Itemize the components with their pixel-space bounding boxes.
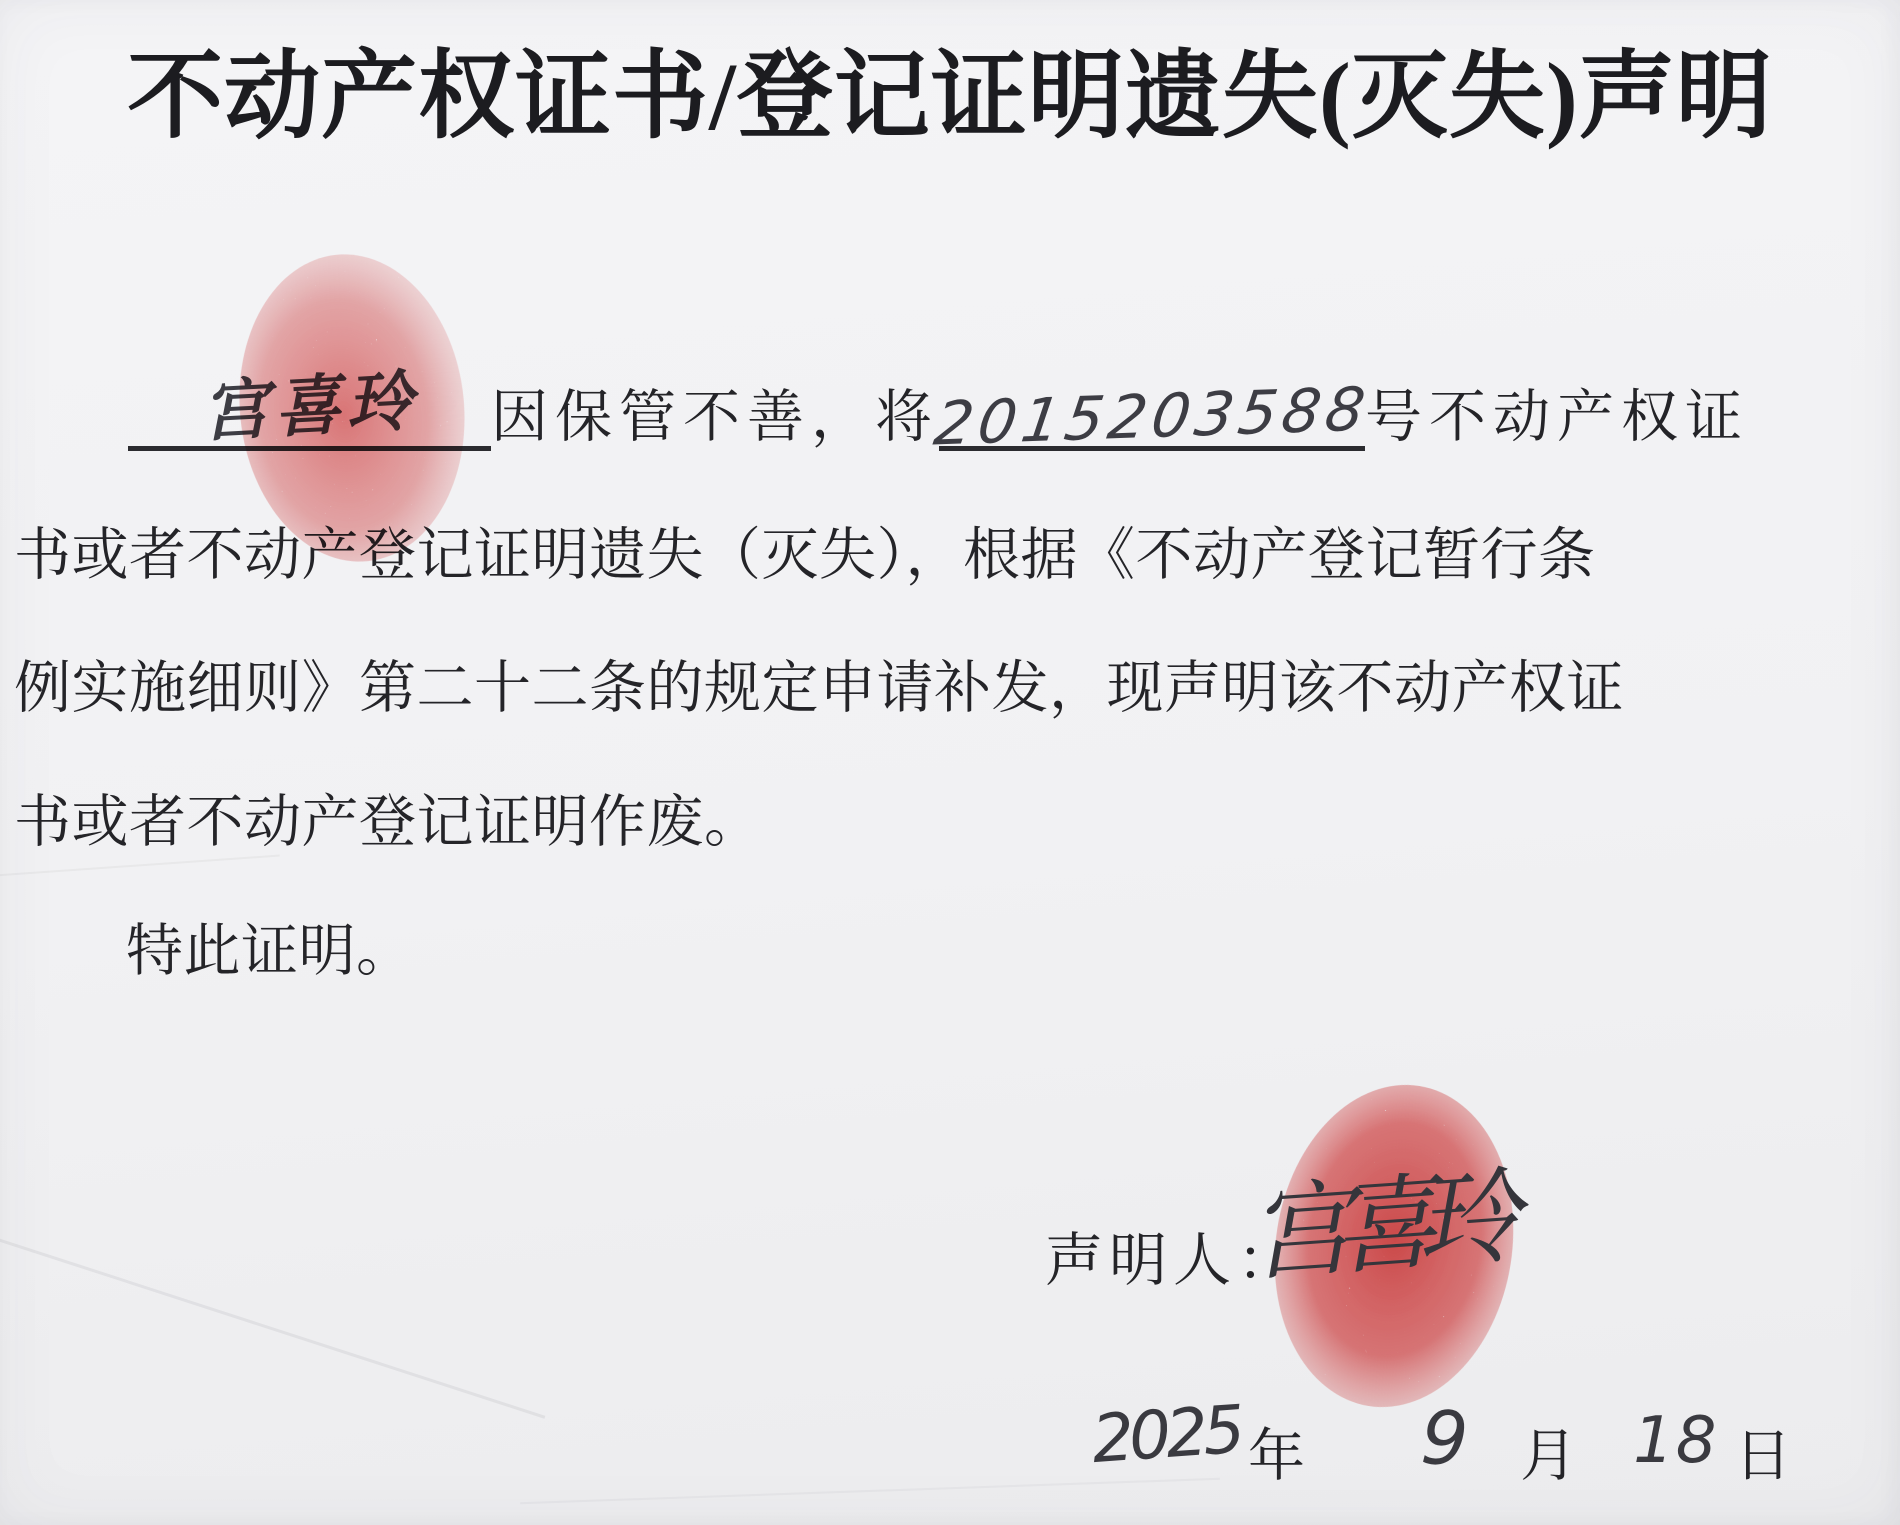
handwritten-signature: 宫喜玲 xyxy=(1243,1133,1505,1300)
document-page: 不动产权证书/登记证明遗失(灭失)声明 宫喜玲 因保管不善，将 20152035… xyxy=(0,0,1900,1525)
handwritten-month: 9 xyxy=(1419,1395,1471,1483)
body-text-after-name: 因保管不善，将 xyxy=(491,385,939,451)
handwritten-certificate-number: 2015203588 xyxy=(930,374,1374,459)
certificate-number-underline: 2015203588 xyxy=(939,360,1365,451)
month-unit-label: 月 xyxy=(1520,1396,1577,1492)
paper-crease xyxy=(0,1224,545,1418)
body-line-3: 例实施细则》第二十二条的规定申请补发，现声明该不动产权证 xyxy=(14,653,1624,724)
body-text-after-number: 号不动产权证 xyxy=(1365,385,1749,451)
declarant-name-underline: 宫喜玲 xyxy=(128,360,491,451)
body-line-2: 书或者不动产登记证明遗失（灭失），根据《不动产登记暂行条 xyxy=(14,520,1596,591)
handwritten-day: 18 xyxy=(1633,1396,1718,1478)
handwritten-year: 2025 xyxy=(1089,1391,1242,1478)
day-unit-label: 日 xyxy=(1735,1396,1792,1492)
handwritten-declarant-name: 宫喜玲 xyxy=(199,347,420,453)
closing-statement: 特此证明。 xyxy=(126,916,414,987)
date-row: 2025 年 9 月 18 日 xyxy=(1092,1396,1792,1492)
year-unit-label: 年 xyxy=(1248,1396,1305,1492)
document-title: 不动产权证书/登记证明遗失(灭失)声明 xyxy=(0,20,1900,157)
body-line-4: 书或者不动产登记证明作废。 xyxy=(14,787,762,858)
body-line-1: 宫喜玲 因保管不善，将 2015203588 号不动产权证 xyxy=(128,360,1749,451)
